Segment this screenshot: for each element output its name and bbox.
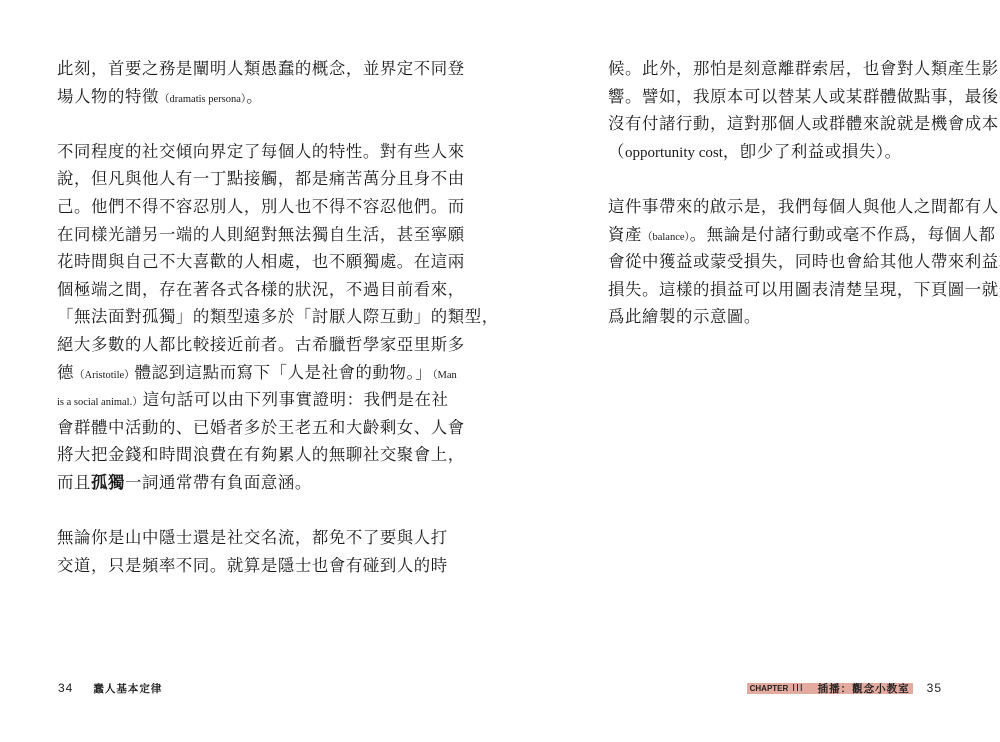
text-line: 交道，只是頻率不同。就算是隱士也會有碰到人的時 bbox=[57, 552, 393, 580]
text-run: is a social animal.） bbox=[57, 397, 143, 408]
text-run: 德 bbox=[57, 363, 74, 382]
text-line: 爲此繪製的示意圖。 bbox=[608, 303, 944, 331]
text-line: 個極端之間，存在著各式各樣的狀況，不過目前看來， bbox=[57, 276, 393, 304]
text-run: （balance） bbox=[642, 232, 690, 243]
text-run: 這句話可以由下列事實證明：我們是在社 bbox=[143, 390, 449, 409]
text-run: （ bbox=[608, 142, 625, 161]
running-title: 蠢人基本定律 bbox=[93, 681, 162, 696]
text-run: 會從中獲益或蒙受損失，同時也會給其他人帶來利益或 bbox=[608, 252, 1000, 271]
right-page-footer: CHAPTER III 插播：觀念小教室 35 bbox=[747, 681, 942, 695]
text-line: 響。譬如，我原本可以替某人或某群體做點事，最後卻 bbox=[608, 83, 944, 111]
text-run: 個極端之間，存在著各式各樣的狀況，不過目前看來， bbox=[57, 280, 465, 299]
chapter-label: CHAPTER bbox=[750, 684, 789, 693]
right-page-body: 候。此外，那怕是刻意離群索居，也會對人類產生影響。譬如，我原本可以替某人或某群體… bbox=[608, 55, 944, 359]
text-run: 體認到這點而寫下「人是社會的動物。」 bbox=[135, 363, 433, 382]
text-run: 場人物的特徵 bbox=[57, 87, 159, 106]
text-run: 絕大多數的人都比較接近前者。古希臘哲學家亞里斯多 bbox=[57, 335, 465, 354]
text-line: 而且孤獨一詞通常帶有負面意涵。 bbox=[57, 469, 393, 497]
emphasis-text: 孤獨 bbox=[91, 473, 125, 492]
text-line: 將大把金錢和時間浪費在有夠累人的無聊社交聚會上， bbox=[57, 441, 393, 469]
text-run: ，卽少了利益或損失）。 bbox=[723, 142, 902, 161]
text-run: （Man bbox=[432, 370, 457, 381]
right-page: 候。此外，那怕是刻意離群索居，也會對人類產生影響。譬如，我原本可以替某人或某群體… bbox=[500, 0, 1000, 742]
section-title: 插播：觀念小教室 bbox=[818, 681, 910, 696]
text-line: 不同程度的社交傾向界定了每個人的特性。對有些人來 bbox=[57, 138, 393, 166]
text-line: 花時間與自己不大喜歡的人相處，也不願獨處。在這兩 bbox=[57, 248, 393, 276]
paragraph: 無論你是山中隱士還是社交名流，都免不了要與人打交道，只是頻率不同。就算是隱士也會… bbox=[57, 524, 393, 579]
paragraph: 不同程度的社交傾向界定了每個人的特性。對有些人來說，但凡與他人有一丁點接觸，都是… bbox=[57, 138, 393, 497]
text-line: 己。他們不得不容忍別人，別人也不得不容忍他們。而 bbox=[57, 193, 393, 221]
text-run: 沒有付諸行動，這對那個人或群體來說就是機會成本 bbox=[608, 114, 999, 133]
left-page-footer: 34 蠢人基本定律 bbox=[58, 681, 162, 695]
text-run: 花時間與自己不大喜歡的人相處，也不願獨處。在這兩 bbox=[57, 252, 465, 271]
text-run: 而且 bbox=[57, 473, 91, 492]
left-page: 此刻，首要之務是闡明人類愚蠢的概念，並界定不同登場人物的特徵（dramatis … bbox=[0, 0, 500, 742]
text-line: 場人物的特徵（dramatis persona）。 bbox=[57, 83, 393, 111]
text-line: 說，但凡與他人有一丁點接觸，都是痛苦萬分且身不由 bbox=[57, 165, 393, 193]
text-line: 這件事帶來的啟示是，我們每個人與他人之間都有人際 bbox=[608, 193, 944, 221]
text-run: （Aristotile） bbox=[74, 370, 135, 381]
text-line: 候。此外，那怕是刻意離群索居，也會對人類產生影 bbox=[608, 55, 944, 83]
text-line: 絕大多數的人都比較接近前者。古希臘哲學家亞里斯多 bbox=[57, 331, 393, 359]
text-line: 此刻，首要之務是闡明人類愚蠢的概念，並界定不同登 bbox=[57, 55, 393, 83]
paragraph: 此刻，首要之務是闡明人類愚蠢的概念，並界定不同登場人物的特徵（dramatis … bbox=[57, 55, 393, 110]
text-run: 爲此繪製的示意圖。 bbox=[608, 307, 761, 326]
text-run: 將大把金錢和時間浪費在有夠累人的無聊社交聚會上， bbox=[57, 445, 465, 464]
paragraph: 這件事帶來的啟示是，我們每個人與他人之間都有人際資產（balance）。無論是付… bbox=[608, 193, 944, 331]
left-page-body: 此刻，首要之務是闡明人類愚蠢的概念，並界定不同登場人物的特徵（dramatis … bbox=[57, 55, 393, 607]
text-run: 。 bbox=[246, 87, 263, 106]
text-run: 。無論是付諸行動或毫不作爲，每個人都 bbox=[690, 225, 996, 244]
text-run: 「無法面對孤獨」的類型遠多於「討厭人際互動」的類型， bbox=[57, 307, 499, 326]
paragraph: 候。此外，那怕是刻意離群索居，也會對人類產生影響。譬如，我原本可以替某人或某群體… bbox=[608, 55, 944, 165]
text-line: 會從中獲益或蒙受損失，同時也會給其他人帶來利益或 bbox=[608, 248, 944, 276]
text-line: 無論你是山中隱士還是社交名流，都免不了要與人打 bbox=[57, 524, 393, 552]
text-run: 會群體中活動的、已婚者多於王老五和大齡剩女、人會 bbox=[57, 418, 465, 437]
text-run: 這件事帶來的啟示是，我們每個人與他人之間都有人際 bbox=[608, 197, 1000, 216]
text-line: 沒有付諸行動，這對那個人或群體來說就是機會成本 bbox=[608, 110, 944, 138]
text-run: 己。他們不得不容忍別人，別人也不得不容忍他們。而 bbox=[57, 197, 465, 216]
chapter-band: CHAPTER III 插播：觀念小教室 bbox=[747, 683, 913, 694]
text-run: 無論你是山中隱士還是社交名流，都免不了要與人打 bbox=[57, 528, 448, 547]
text-run: 說，但凡與他人有一丁點接觸，都是痛苦萬分且身不由 bbox=[57, 169, 465, 188]
text-line: 德（Aristotile）體認到這點而寫下「人是社會的動物。」（Man bbox=[57, 359, 393, 387]
text-line: 資產（balance）。無論是付諸行動或毫不作爲，每個人都 bbox=[608, 221, 944, 249]
text-run: 候。此外，那怕是刻意離群索居，也會對人類產生影 bbox=[608, 59, 999, 78]
chapter-number: III bbox=[792, 683, 803, 694]
text-run: 不同程度的社交傾向界定了每個人的特性。對有些人來 bbox=[57, 142, 465, 161]
text-run: 響。譬如，我原本可以替某人或某群體做點事，最後卻 bbox=[608, 87, 1000, 106]
text-run: 損失。這樣的損益可以用圖表清楚呈現，下頁圖一就是 bbox=[608, 280, 1000, 299]
text-run: 此刻，首要之務是闡明人類愚蠢的概念，並界定不同登 bbox=[57, 59, 465, 78]
text-line: 在同樣光譜另一端的人則絕對無法獨自生活，甚至寧願 bbox=[57, 221, 393, 249]
text-line: 損失。這樣的損益可以用圖表清楚呈現，下頁圖一就是 bbox=[608, 276, 944, 304]
text-run: 交道，只是頻率不同。就算是隱士也會有碰到人的時 bbox=[57, 556, 448, 575]
page-number-left: 34 bbox=[58, 681, 73, 695]
text-run: 一詞通常帶有負面意涵。 bbox=[125, 473, 312, 492]
text-run: 資產 bbox=[608, 225, 642, 244]
text-run: （dramatis persona） bbox=[159, 94, 246, 105]
page-number-right: 35 bbox=[927, 681, 942, 695]
text-line: （opportunity cost，卽少了利益或損失）。 bbox=[608, 138, 944, 166]
text-line: 會群體中活動的、已婚者多於王老五和大齡剩女、人會 bbox=[57, 414, 393, 442]
text-run: opportunity cost bbox=[625, 145, 723, 161]
text-line: is a social animal.）這句話可以由下列事實證明：我們是在社 bbox=[57, 386, 393, 414]
text-run: 在同樣光譜另一端的人則絕對無法獨自生活，甚至寧願 bbox=[57, 225, 465, 244]
text-line: 「無法面對孤獨」的類型遠多於「討厭人際互動」的類型， bbox=[57, 303, 393, 331]
